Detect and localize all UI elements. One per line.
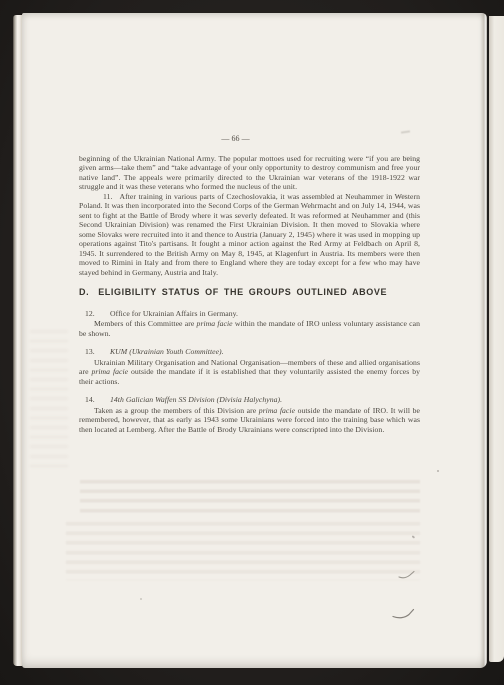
section-letter: D. (79, 287, 89, 297)
item-title: KUM (Ukrainian Youth Committee). (110, 347, 224, 356)
list-item-13: 13.KUM (Ukrainian Youth Committee). Ukra… (79, 347, 420, 386)
item-body-text: outside the mandate if it is established… (79, 367, 420, 386)
book-page-edge-stack-left (13, 15, 22, 666)
paragraph-number: 11. (103, 192, 112, 201)
item-heading: 12.Office for Ukrainian Affairs in Germa… (79, 309, 420, 319)
item-number: 14. (85, 395, 102, 405)
scan-background: { "scan": { "page_number": "— 66 —", "co… (0, 0, 504, 685)
section-d-heading: D.ELIGIBILITY STATUS OF THE GROUPS OUTLI… (79, 288, 420, 298)
item-body: Members of this Committee are prima faci… (79, 319, 420, 338)
list-item-12: 12.Office for Ukrainian Affairs in Germa… (79, 309, 420, 339)
paragraph-11: 11.After training in various parts of Cz… (79, 192, 420, 278)
page-number: — 66 — (65, 134, 406, 144)
scan-speck (437, 470, 439, 472)
printed-text-block: — 66 — beginning of the Ukrainian Nation… (79, 134, 420, 443)
list-item-14: 14.14th Galician Waffen SS Division (Div… (79, 395, 420, 434)
next-page-edge (489, 16, 504, 662)
paragraph-continuation: beginning of the Ukrainian National Army… (79, 154, 420, 192)
latin-phrase-italic: prima facie (91, 367, 128, 376)
item-title: 14th Galician Waffen SS Division (Divisi… (110, 395, 282, 404)
scan-speck (140, 598, 142, 600)
latin-phrase-italic: prima facie (197, 319, 233, 328)
pencil-tick-mark (398, 570, 415, 580)
pencil-tick-mark (392, 607, 415, 620)
latin-phrase-italic: prima facie (259, 406, 295, 415)
item-heading: 13.KUM (Ukrainian Youth Committee). (79, 347, 420, 357)
item-number: 12. (85, 309, 102, 319)
item-body-text: Members of this Committee are (94, 319, 197, 328)
item-title: Office for Ukrainian Affairs in Germany. (110, 309, 238, 318)
section-title: ELIGIBILITY STATUS OF THE GROUPS OUTLINE… (98, 287, 387, 297)
page-fold-shadow (480, 13, 487, 668)
paragraph-text: After training in various parts of Czech… (79, 192, 420, 277)
item-heading: 14.14th Galician Waffen SS Division (Div… (79, 395, 420, 405)
item-number: 13. (85, 347, 102, 357)
item-body-text: Taken as a group the members of this Div… (94, 406, 259, 415)
item-body: Taken as a group the members of this Div… (79, 406, 420, 435)
item-body: Ukrainian Military Organisation and Nati… (79, 358, 420, 387)
